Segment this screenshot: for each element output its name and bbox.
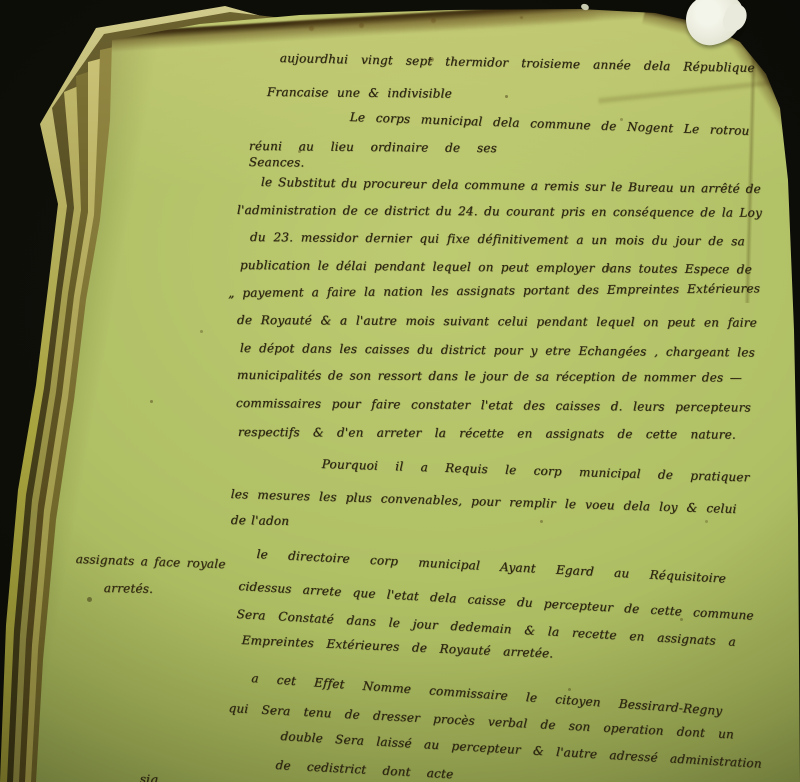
manuscript-line: Le corps municipal dela commune de Nogen… — [349, 109, 749, 139]
manuscript-line: Francaise une & indivisible — [267, 84, 452, 102]
manuscript-line: le dépot dans les caisses du district po… — [240, 340, 755, 360]
manuscript-line: „ payement a faire la nation les assigna… — [228, 280, 760, 301]
manuscript-page: aujourdhui vingt sept thermidor troisiem… — [0, 0, 800, 782]
manuscript-line: Pourquoi il a Requis le corp municipal d… — [321, 456, 749, 485]
manuscript-line: publication le délai pendant lequel on p… — [240, 257, 752, 277]
manuscript-line: le Substitut du procureur dela commune a… — [261, 174, 761, 197]
manuscript-line: de cedistrict dont acte — [275, 757, 454, 782]
manuscript-line: de Royauté & a l'autre mois suivant celu… — [237, 312, 757, 331]
manuscript-line: du 23. messidor dernier qui fixe définit… — [250, 229, 745, 249]
manuscript-line-fragment: sig — [139, 771, 180, 782]
margin-note-line: assignats a face royale — [75, 551, 225, 572]
manuscript-line: aujourdhui vingt sept thermidor troisiem… — [280, 50, 755, 76]
manuscript-photo: aujourdhui vingt sept thermidor troisiem… — [0, 0, 800, 782]
manuscript-line: le directoire corp municipal Ayant Egard… — [256, 546, 726, 587]
paper-specks — [0, 0, 3, 3]
manuscript-line: respectifs & d'en arreter la récette en … — [238, 424, 736, 443]
manuscript-line: de l'adon — [231, 512, 309, 529]
manuscript-text-layer: aujourdhui vingt sept thermidor troisiem… — [0, 0, 800, 782]
margin-note-line: arretés. — [104, 580, 168, 597]
manuscript-line: commissaires pour faire constater l'etat… — [236, 395, 751, 415]
manuscript-line: municipalités de son ressort dans le jou… — [237, 367, 742, 386]
manuscript-line: réuni au lieu ordinaire de ses Seances. — [249, 138, 497, 172]
manuscript-line: l'administration de ce district du 24. d… — [237, 202, 762, 221]
